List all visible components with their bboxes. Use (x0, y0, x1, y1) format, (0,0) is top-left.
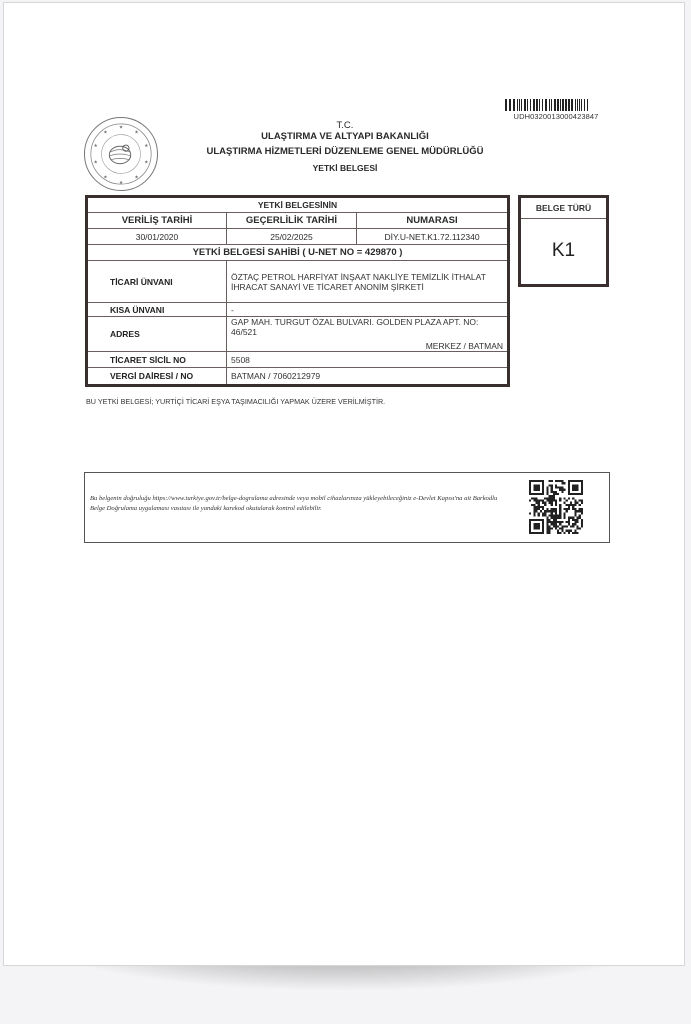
svg-text:★: ★ (134, 130, 139, 136)
field-value-trade-name: ÖZTAÇ PETROL HARFİYAT İNŞAAT NAKLİYE TEM… (227, 261, 509, 303)
header-country: T.C. (160, 120, 530, 131)
certificate-number: DİY.U-NET.K1.72.112340 (357, 229, 509, 245)
field-label-address: ADRES (87, 317, 227, 352)
column-validity-date: GEÇERLİLİK TARİHİ (227, 213, 357, 229)
svg-text:★: ★ (103, 130, 108, 136)
field-row: ADRES GAP MAH. TURGUT ÖZAL BULVARI. GOLD… (87, 317, 509, 352)
svg-text:★: ★ (94, 160, 99, 166)
field-label-trade-name: TİCARİ ÜNVANI (87, 261, 227, 303)
svg-text:★: ★ (103, 174, 108, 180)
document-title: YETKİ BELGESİ (160, 163, 530, 173)
svg-text:★: ★ (119, 180, 124, 186)
field-label-tax-office: VERGİ DAİRESİ / NO (87, 368, 227, 386)
verification-text: Bu belgenin doğruluğu https://www.turkiy… (90, 494, 510, 513)
section-title: YETKİ BELGESİNİN (87, 197, 509, 213)
field-value-address: GAP MAH. TURGUT ÖZAL BULVARI. GOLDEN PLA… (231, 317, 501, 337)
field-label-short-name: KISA ÜNVANI (87, 303, 227, 317)
document-type-box: BELGE TÜRÜ K1 (518, 195, 609, 287)
qr-code-icon[interactable] (529, 480, 583, 534)
ministry-seal-icon: ★★★ ★★★ ★★★ ★ (84, 117, 158, 191)
field-value-tax-office: BATMAN / 7060212979 (227, 368, 509, 386)
field-value-trade-registry: 5508 (227, 352, 509, 368)
column-number: NUMARASI (357, 213, 509, 229)
header-ministry: ULAŞTIRMA VE ALTYAPI BAKANLIĞI (160, 131, 530, 142)
document-type-value: K1 (521, 219, 606, 283)
field-row: KISA ÜNVANI - (87, 303, 509, 317)
field-value-address-district: MERKEZ / BATMAN (231, 341, 503, 351)
certificate-table: YETKİ BELGESİNİN VERİLİŞ TARİHİ GEÇERLİL… (85, 195, 510, 387)
issue-date: 30/01/2020 (87, 229, 227, 245)
header-directorate: ULAŞTIRMA HİZMETLERİ DÜZENLEME GENEL MÜD… (160, 146, 530, 157)
svg-text:★: ★ (94, 143, 99, 149)
certificate-note: BU YETKİ BELGESİ; YURTİÇİ TİCARİ EŞYA TA… (86, 397, 385, 406)
field-row: VERGİ DAİRESİ / NO BATMAN / 7060212979 (87, 368, 509, 386)
field-row: TİCARİ ÜNVANI ÖZTAÇ PETROL HARFİYAT İNŞA… (87, 261, 509, 303)
document-type-label: BELGE TÜRÜ (521, 198, 606, 219)
svg-text:★: ★ (119, 125, 124, 131)
field-label-trade-registry: TİCARET SİCİL NO (87, 352, 227, 368)
verification-box: Bu belgenin doğruluğu https://www.turkiy… (84, 472, 610, 543)
svg-text:★: ★ (134, 174, 139, 180)
field-value-short-name: - (227, 303, 509, 317)
field-row: TİCARET SİCİL NO 5508 (87, 352, 509, 368)
field-value-address-cell: GAP MAH. TURGUT ÖZAL BULVARI. GOLDEN PLA… (227, 317, 509, 352)
barcode-icon (505, 99, 607, 111)
svg-text:★: ★ (144, 143, 149, 149)
column-issue-date: VERİLİŞ TARİHİ (87, 213, 227, 229)
owner-title: YETKİ BELGESİ SAHİBİ ( U-NET NO = 429870… (87, 245, 509, 261)
svg-text:★: ★ (144, 160, 149, 166)
validity-date: 25/02/2025 (227, 229, 357, 245)
